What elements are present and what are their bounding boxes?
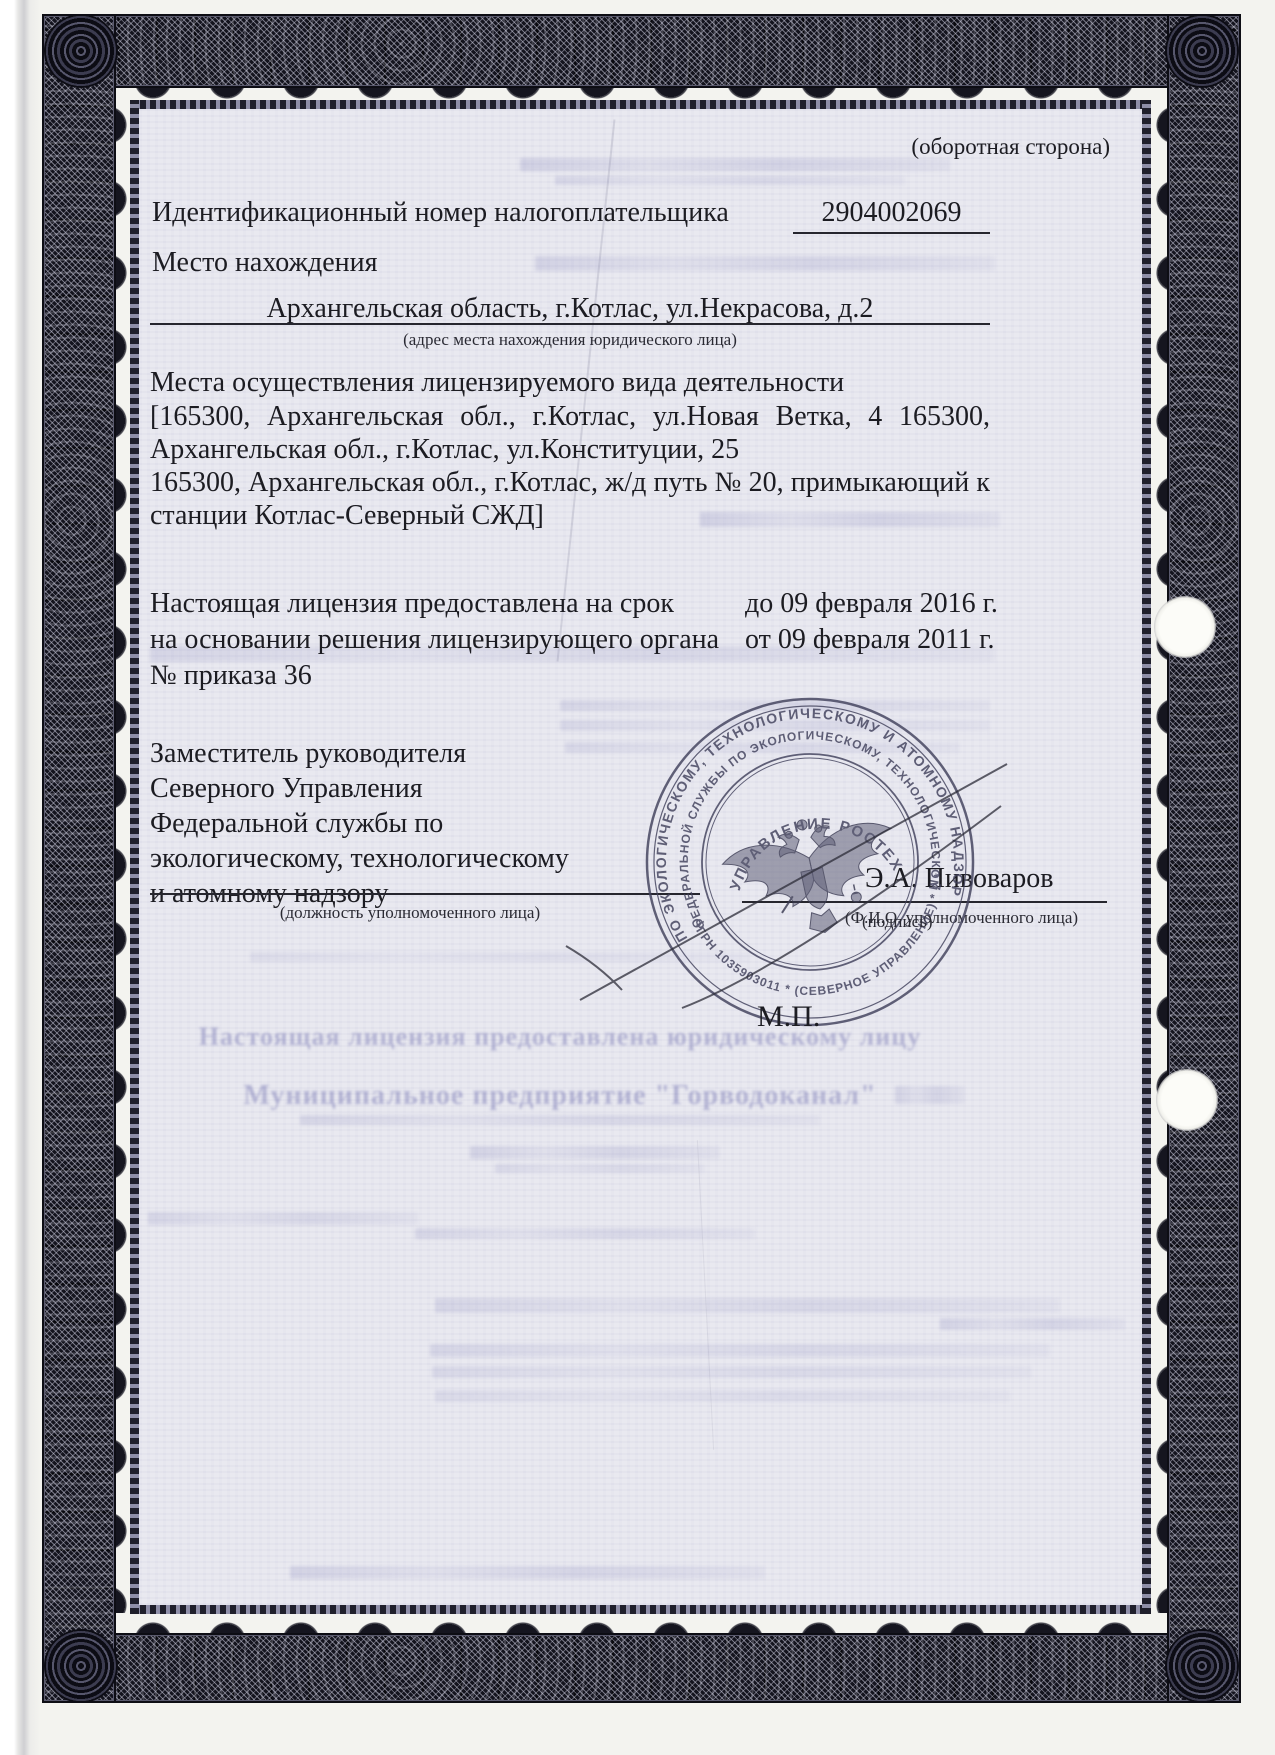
ghost-line-company: Муниципальное предприятие "Горводоканал" [240, 1080, 880, 1112]
ghost-text-artifact [895, 1086, 965, 1104]
position-caption: (должность уполномоченного лица) [200, 903, 620, 923]
signature-caption: (подпись) [862, 912, 933, 932]
scanned-license-back-page: Настоящая лицензия предоставлена юридиче… [0, 0, 1275, 1755]
inner-frame-right [1142, 100, 1151, 1614]
ghost-text-artifact [435, 1390, 1010, 1402]
activity-line: [165300, Архангельская обл., г.Котлас, у… [150, 400, 990, 433]
inn-label: Идентификационный номер налогоплательщик… [152, 196, 729, 229]
seal-mark: М.П. [757, 1000, 820, 1033]
stamp-seal-icon: ПО ЭКОЛОГИЧЕСКОМУ, ТЕХНОЛОГИЧЕСКОМУ И АТ… [560, 688, 1020, 1040]
border-band-right [1167, 14, 1241, 1703]
ghost-text-artifact [430, 1344, 1050, 1357]
location-caption: (адрес места нахождения юридического лиц… [150, 330, 990, 350]
activity-line: станции Котлас-Северный СЖД] [150, 499, 544, 532]
official-title-line: Заместитель руководителя [150, 737, 466, 770]
activity-heading: Места осуществления лицензируемого вида … [150, 366, 844, 399]
activity-line: Архангельская обл., г.Котлас, ул.Констит… [150, 433, 739, 466]
inn-value: 2904002069 [793, 196, 990, 234]
ghost-text-artifact [148, 1212, 418, 1225]
term-granted-until: до 09 февраля 2016 г. [745, 587, 998, 620]
ghost-text-artifact [435, 1298, 1060, 1313]
activity-line: 165300, Архангельская обл., г.Котлас, ж/… [150, 466, 990, 499]
ghost-text-artifact [290, 1566, 765, 1579]
ghost-text-artifact [535, 256, 995, 271]
ghost-text-artifact [495, 1164, 705, 1173]
corner-rosette-icon [46, 16, 116, 86]
scan-page-edge [0, 0, 44, 1755]
inner-frame-left [130, 100, 139, 1614]
border-band-top [42, 14, 1241, 88]
punch-hole [1156, 1069, 1218, 1131]
location-label: Место нахождения [152, 246, 377, 279]
ghost-text-artifact [432, 1366, 1032, 1378]
ghost-text-artifact [555, 176, 905, 185]
term-basis-label: на основании решения лицензирующего орга… [150, 623, 719, 656]
official-round-stamp: ПО ЭКОЛОГИЧЕСКОМУ, ТЕХНОЛОГИЧЕСКОМУ И АТ… [560, 688, 1020, 1040]
term-basis-date: от 09 февраля 2011 г. [745, 623, 994, 656]
border-band-bottom [42, 1633, 1241, 1703]
inner-frame-top [130, 100, 1151, 109]
location-value: Архангельская область, г.Котлас, ул.Некр… [150, 292, 990, 325]
term-order-no: № приказа 36 [150, 659, 312, 692]
ghost-text-artifact [300, 1115, 820, 1125]
side-note: (оборотная сторона) [840, 130, 1110, 163]
border-band-left [42, 14, 116, 1703]
border-scallop-bottom [116, 1613, 1167, 1633]
official-title-line: Федеральной службы по [150, 807, 443, 840]
ghost-text-artifact [940, 1318, 1125, 1330]
ghost-text-artifact [470, 1146, 720, 1159]
punch-hole [1154, 596, 1216, 658]
ghost-text-artifact [415, 1228, 755, 1239]
term-granted-label: Настоящая лицензия предоставлена на срок [150, 587, 674, 620]
inner-frame-bottom [130, 1605, 1151, 1614]
corner-rosette-icon [1167, 16, 1237, 86]
official-title-line: Северного Управления [150, 772, 423, 805]
corner-rosette-icon [46, 1631, 116, 1701]
corner-rosette-icon [1167, 1631, 1237, 1701]
ghost-text-artifact [700, 512, 1000, 527]
